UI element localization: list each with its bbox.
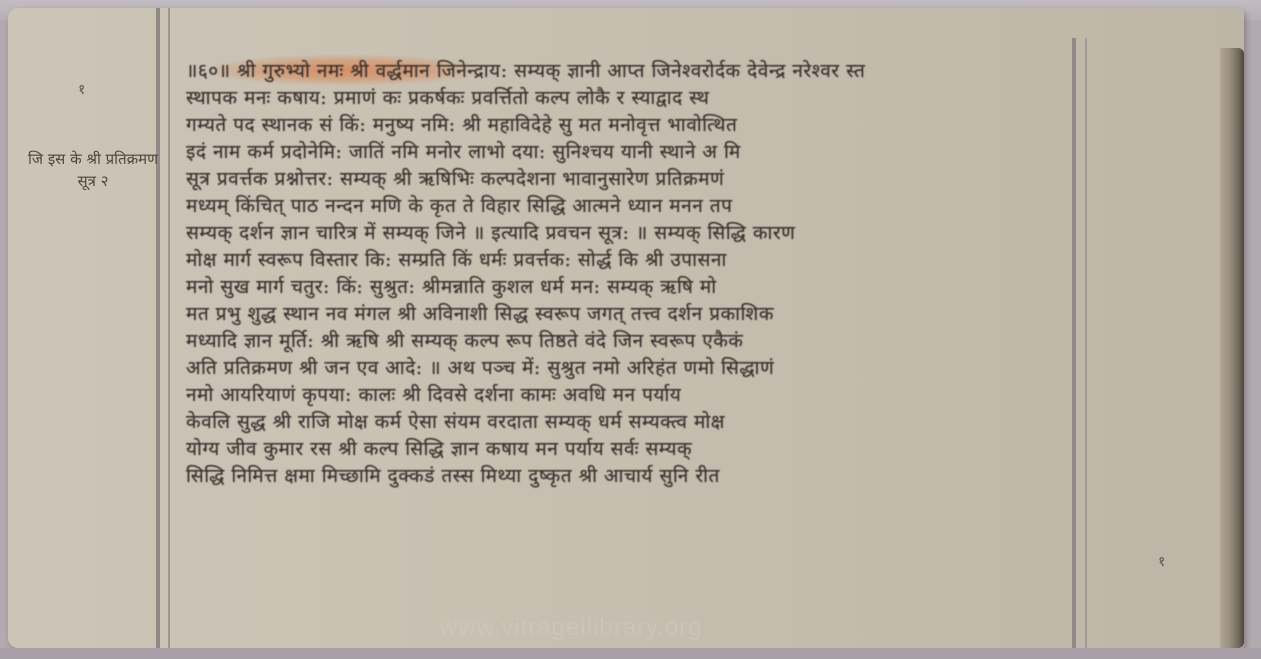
margin-note: जि इस के श्री प्रतिक्रमण सूत्र २ [28,148,158,192]
text-line: नमो आयरियाणं कृपया: कालः श्री दिवसे दर्श… [186,382,1066,409]
text-line: मध्यादि ज्ञान मूर्ति: श्री ऋषि श्री सम्य… [186,328,1066,355]
manuscript-text: ॥६०॥ श्री गुरुभ्यो नमः श्री वर्द्धमान जि… [186,58,1066,490]
text-line: सिद्धि निमित्त क्षमा मिच्छामि दुक्कडं तस… [186,463,1066,490]
background-bottom [0,648,1261,659]
left-margin-rule [156,8,160,648]
watermark: www.vitragellibrary.org [440,614,703,642]
text-line: स्थापक मनः कषाय: प्रमाणं कः प्रकर्षकः प्… [186,85,1066,112]
right-margin-rule [1072,38,1076,648]
text-line: केवलि सुद्ध श्री राजि मोक्ष कर्म ऐसा संय… [186,409,1066,436]
text-line: इदं नाम कर्म प्रदोनेमि: जातिं नमि मनोर ल… [186,139,1066,166]
folio-edge [1220,48,1244,648]
text-line: मोक्ष मार्ग स्वरूप विस्तार कि: सम्प्रति … [186,247,1066,274]
right-margin-rule-inner [1085,38,1087,648]
text-line: सम्यक् दर्शन ज्ञान चारित्र में सम्यक् जि… [186,220,1066,247]
text-line: मत प्रभु शुद्ध स्थान नव मंगल श्री अविनाश… [186,301,1066,328]
top-page-number: १ [78,80,85,99]
left-margin-rule-inner [168,8,170,648]
text-line: मनो सुख मार्ग चतुर: किं: सुश्रुत: श्रीमन… [186,274,1066,301]
text-line: अति प्रतिक्रमण श्री जन एव आदे: ॥ अथ पञ्च… [186,355,1066,382]
text-line: गम्यते पद स्थानक सं किं: मनुष्य नमि: श्र… [186,112,1066,139]
text-line: योग्य जीव कुमार रस श्री कल्प सिद्धि ज्ञा… [186,436,1066,463]
bottom-page-number: १ [1158,552,1165,571]
text-line: मध्यम् किंचित् पाठ नन्दन मणि के कृत ते व… [186,193,1066,220]
text-line: ॥६०॥ श्री गुरुभ्यो नमः श्री वर्द्धमान जि… [186,58,1066,85]
text-line: सूत्र प्रवर्त्तक प्रश्नोत्तर: सम्यक् श्र… [186,166,1066,193]
